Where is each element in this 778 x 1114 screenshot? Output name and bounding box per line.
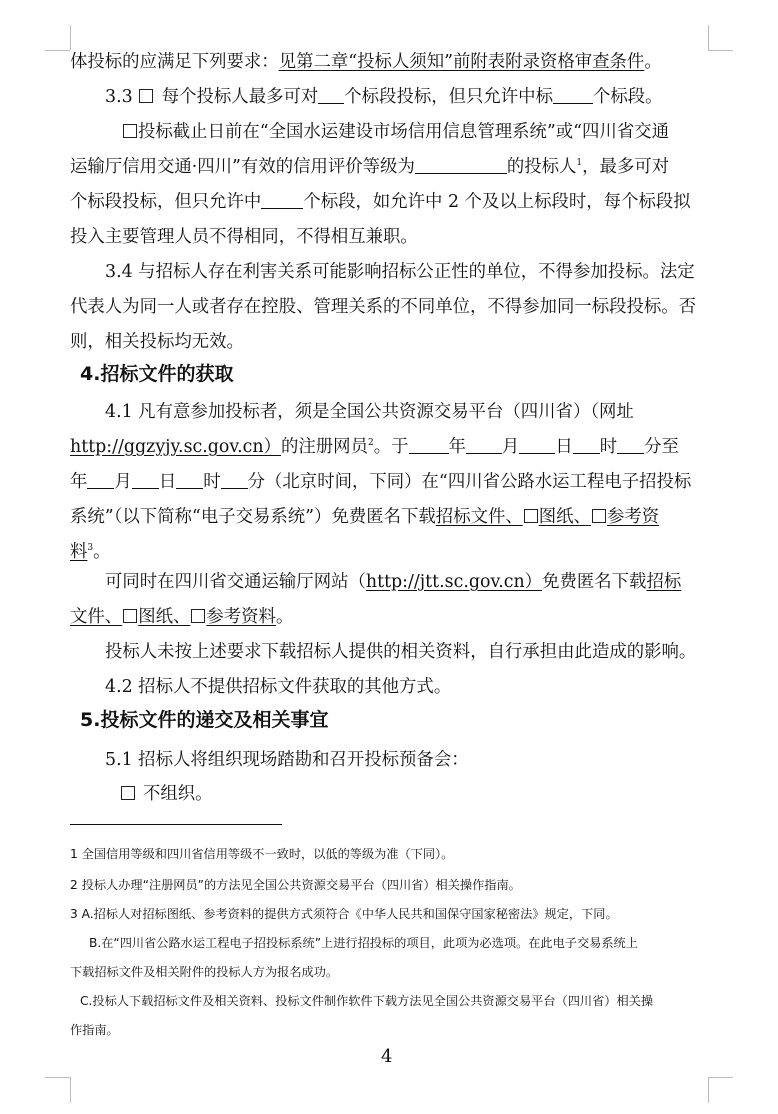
ggzyjy-url-link[interactable]: http://ggzyjy.sc.gov.cn） bbox=[70, 437, 281, 457]
blank-month[interactable] bbox=[466, 435, 502, 454]
checkbox[interactable] bbox=[524, 509, 538, 523]
text-line: 体投标的应满足下列要求：见第二章“投标人须知”前附表附录资格审查条件。 bbox=[70, 50, 662, 74]
text-line: 可同时在四川省交通运输厅网站（http://jtt.sc.gov.cn）免费匿名… bbox=[105, 570, 681, 594]
text-line: http://ggzyjy.sc.gov.cn）的注册网员2。于年月日时分至 bbox=[70, 435, 679, 459]
blank-field[interactable] bbox=[553, 85, 593, 104]
text-line: 4.2 招标人不提供招标文件获取的其他方式。 bbox=[105, 675, 451, 699]
crop-mark-bl-h bbox=[45, 1077, 70, 1078]
blank-minute[interactable] bbox=[617, 435, 644, 454]
text-line: 4.1 凡有意参加投标者，须是全国公共资源交易平台（四川省）（网址 bbox=[105, 400, 634, 424]
footnote-3a: 3 A.招标人对招标图纸、参考资料的提供方式须符合《中华人民共和国保守国家秘密法… bbox=[70, 905, 618, 922]
text-line: 投入主要管理人员不得相同，不得相互兼职。 bbox=[70, 225, 418, 249]
crop-mark-tr-h bbox=[708, 50, 733, 51]
download-options: 文件、图纸、参考资料 bbox=[70, 607, 276, 627]
crop-mark-tr-v bbox=[708, 25, 709, 50]
blank-field[interactable] bbox=[261, 190, 303, 209]
crop-mark-bl-v bbox=[70, 1077, 71, 1103]
blank-field[interactable] bbox=[415, 155, 507, 174]
blank-month[interactable] bbox=[87, 470, 114, 489]
crop-mark-tl-h bbox=[45, 50, 70, 51]
reference-link: 见第二章“投标人须知”前附表附录资格审查条件 bbox=[279, 52, 645, 72]
text-line: 运输厅信用交通·四川”有效的信用评价等级为的投标人1，最多可对 bbox=[70, 155, 669, 179]
blank-hour[interactable] bbox=[176, 470, 203, 489]
text-line: 投标人未按上述要求下载招标人提供的相关资料，自行承担由此造成的影响。 bbox=[105, 640, 696, 664]
blank-field[interactable] bbox=[318, 85, 344, 104]
text-line: 年月日时分（北京时间，下同）在“四川省公路水运工程电子招投标 bbox=[70, 470, 691, 494]
footnote-3c: C.投标人下载招标文件及相关资料、投标文件制作软件下载方法见全国公共资源交易平台… bbox=[80, 992, 653, 1009]
checkbox[interactable] bbox=[123, 124, 137, 138]
checkbox[interactable] bbox=[123, 609, 137, 623]
text-line: 文件、图纸、参考资料。 bbox=[70, 605, 293, 629]
text-line: 5.1 招标人将组织现场踏勘和召开投标预备会： bbox=[105, 748, 469, 772]
blank-minute[interactable] bbox=[221, 470, 248, 489]
footnote-1: 1 全国信用等级和四川省信用等级不一致时，以低的等级为准（下同）。 bbox=[70, 845, 453, 862]
blank-year[interactable] bbox=[409, 435, 449, 454]
text-line: 投标截止日前在“全国水运建设市场信用信息管理系统”或“四川省交通 bbox=[123, 120, 669, 144]
footnote-3b-cont: 下载招标文件及相关附件的投标人方为报名成功。 bbox=[70, 963, 338, 980]
blank-day[interactable] bbox=[132, 470, 159, 489]
section-heading-5: 5.投标文件的递交及相关事宜 bbox=[80, 708, 328, 732]
download-options: 招标文件、图纸、参考资 bbox=[436, 507, 659, 527]
page-number: 4 bbox=[381, 1046, 392, 1067]
blank-hour[interactable] bbox=[573, 435, 600, 454]
text-line: 代表人为同一人或者存在控股、管理关系的不同单位，不得参加同一标段投标。否 bbox=[70, 295, 696, 319]
text-line: 料3。 bbox=[70, 540, 111, 564]
text-line: 3.3 每个投标人最多可对个标段投标，但只允许中标个标段。 bbox=[105, 85, 663, 109]
footnote-3c-cont: 作指南。 bbox=[70, 1021, 119, 1038]
crop-mark-br-v bbox=[708, 1077, 709, 1103]
footnote-separator bbox=[70, 824, 282, 825]
footnote-2: 2 投标人办理“注册网员”的方法见全国公共资源交易平台（四川省）相关操作指南。 bbox=[70, 876, 521, 893]
text-line: 系统”（以下简称“电子交易系统”）免费匿名下载招标文件、图纸、参考资 bbox=[70, 505, 659, 529]
checkbox[interactable] bbox=[191, 609, 205, 623]
footnote-3b: B.在“四川省公路水运工程电子招投标系统”上进行招投标的项目，此项为必选项。在此… bbox=[89, 934, 638, 951]
text-line: 3.4 与招标人存在利害关系可能影响招标公正性的单位，不得参加投标。法定 bbox=[105, 260, 695, 284]
text-line: 则，相关投标均无效。 bbox=[70, 330, 244, 354]
blank-day[interactable] bbox=[519, 435, 555, 454]
section-heading-4: 4.招标文件的获取 bbox=[80, 362, 233, 386]
text-line: 不组织。 bbox=[121, 782, 213, 806]
crop-mark-br-h bbox=[708, 1077, 733, 1078]
checkbox[interactable] bbox=[139, 89, 153, 103]
jtt-url-link[interactable]: http://jtt.sc.gov.cn） bbox=[366, 572, 542, 592]
crop-mark-tl-v bbox=[70, 25, 71, 50]
checkbox[interactable] bbox=[121, 786, 135, 800]
checkbox[interactable] bbox=[592, 509, 606, 523]
text-line: 个标段投标，但只允许中个标段，如允许中 2 个及以上标段时，每个标段拟 bbox=[70, 190, 691, 214]
